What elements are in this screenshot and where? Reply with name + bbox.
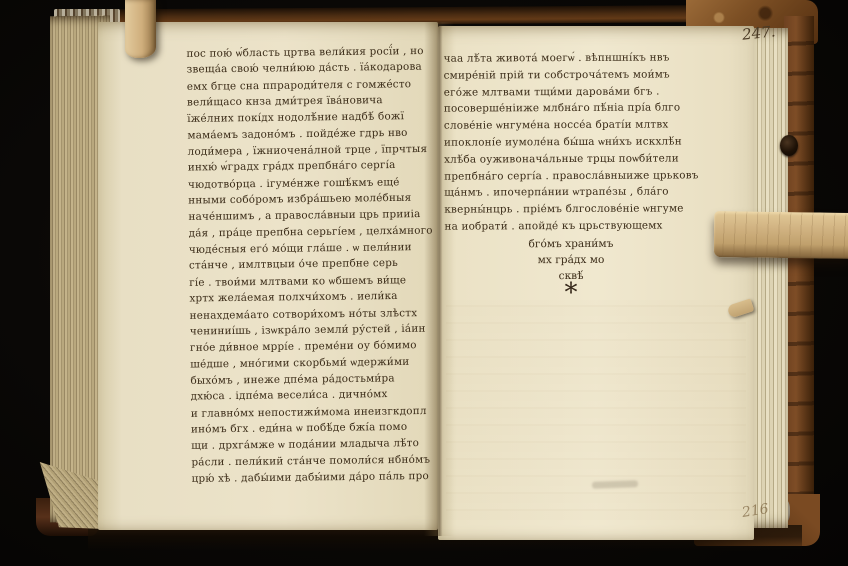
- manuscript-line: слове́ніе ѡнгуме́на носсе́а браті́и млтв…: [444, 117, 698, 135]
- manuscript-text-left: пос пою́ ѡ́бласть цртва вели́кия росї́и …: [186, 43, 437, 487]
- manuscript-line: црю́ хѣ . дабы́ими дабы́ими да́ро па́ль …: [192, 468, 438, 487]
- colophon-line: бго́мъ храни́мъ: [444, 235, 698, 252]
- wooden-ruler-stick: [714, 211, 848, 259]
- photo-background: пос пою́ ѡ́бласть цртва вели́кия росї́и …: [0, 0, 848, 566]
- manuscript-line: ипоклоні́е иумоле́на бы́ша ѡни́хъ искхлѣ…: [444, 133, 698, 151]
- manuscript-line: пос пою́ ѡ́бласть цртва вели́кия росї́и …: [186, 43, 432, 62]
- manuscript-line: ненахдема́ато сотвори́хомъ но́ты злѣстх: [190, 304, 436, 323]
- manuscript-line: гі́е . твои́ми млтвами ко ѡбшемъ ви́ще: [189, 272, 435, 291]
- manuscript-line: лоди́мера , їжниочена́лной трце , їпрчты…: [188, 141, 434, 160]
- wooden-bookmark-stick: [125, 0, 156, 58]
- manuscript-line: посоверше́ніиже млбна́го пѣ́ніа прі́а бл…: [444, 100, 698, 118]
- manuscript-line: препбна́го сергі́а . правосла́вныиже црь…: [444, 167, 698, 185]
- colophon-line: мх гра́дх мо: [444, 251, 698, 268]
- manuscript-line: їже́лних покі́дх нодолѣ́ние надбѣ́ божї: [187, 108, 433, 127]
- manuscript-line: чюдотво́рца . ігуме́нже гошѣ́кмъ еще́: [188, 174, 434, 193]
- manuscript-line: чюде́сныя его́ мо́щи гла́ше . ѡ пели́нии: [189, 239, 435, 258]
- manuscript-text-right: чаа лѣ́та живота́ моегѡ́ . вѣпншні́къ нв…: [444, 49, 699, 235]
- clasp-remnant: [780, 135, 798, 156]
- manuscript-line: емх бгце сна ппрароди́теля с гомже́сто: [187, 76, 433, 95]
- manuscript-line: щи . дрхга́мже ѡ пода́нии младыча лѣ́то: [191, 435, 437, 454]
- manuscript-line: хлѣ́ба оуживонача́льные трцы поѡби́тели: [444, 150, 698, 168]
- manuscript-line: быхо́мъ , инеже дпе́ма ра́достьми́ра: [190, 370, 436, 389]
- right-fore-edge-pages: [750, 28, 788, 528]
- manuscript-line: наче́ншимъ , а правосла́вныи црь прииіа: [188, 206, 434, 225]
- manuscript-line: чаа лѣ́та живота́ моегѡ́ . вѣпншні́къ нв…: [444, 49, 698, 67]
- manuscript-line: на иобрати́ . апойде́ къ црьствующемх: [444, 217, 698, 235]
- manuscript-line: смире́ній прій ти собстроча́темъ мои́мъ: [444, 66, 698, 84]
- right-cover-leather: [784, 16, 814, 526]
- manuscript-line: кверны́нцрь . пріе́мъ блгослове́ніе ѡнгу…: [444, 201, 698, 219]
- manuscript-line: гно́е ди́вное мррі́е . преме́ни оу бо́ми…: [190, 337, 436, 356]
- manuscript-line: ща́нмъ . ипочерпа́нии ѡтрапе́зы , бла́го: [444, 184, 698, 202]
- manuscript-line: и главно́мх непостижи́мома инеизгкдопл: [191, 402, 437, 421]
- folio-number-top: 247.: [741, 22, 776, 43]
- colophon-ornament-icon: *: [444, 280, 698, 306]
- manuscript-line: его́же млтвами тщи́ми дарова́ми бгъ .: [444, 83, 698, 101]
